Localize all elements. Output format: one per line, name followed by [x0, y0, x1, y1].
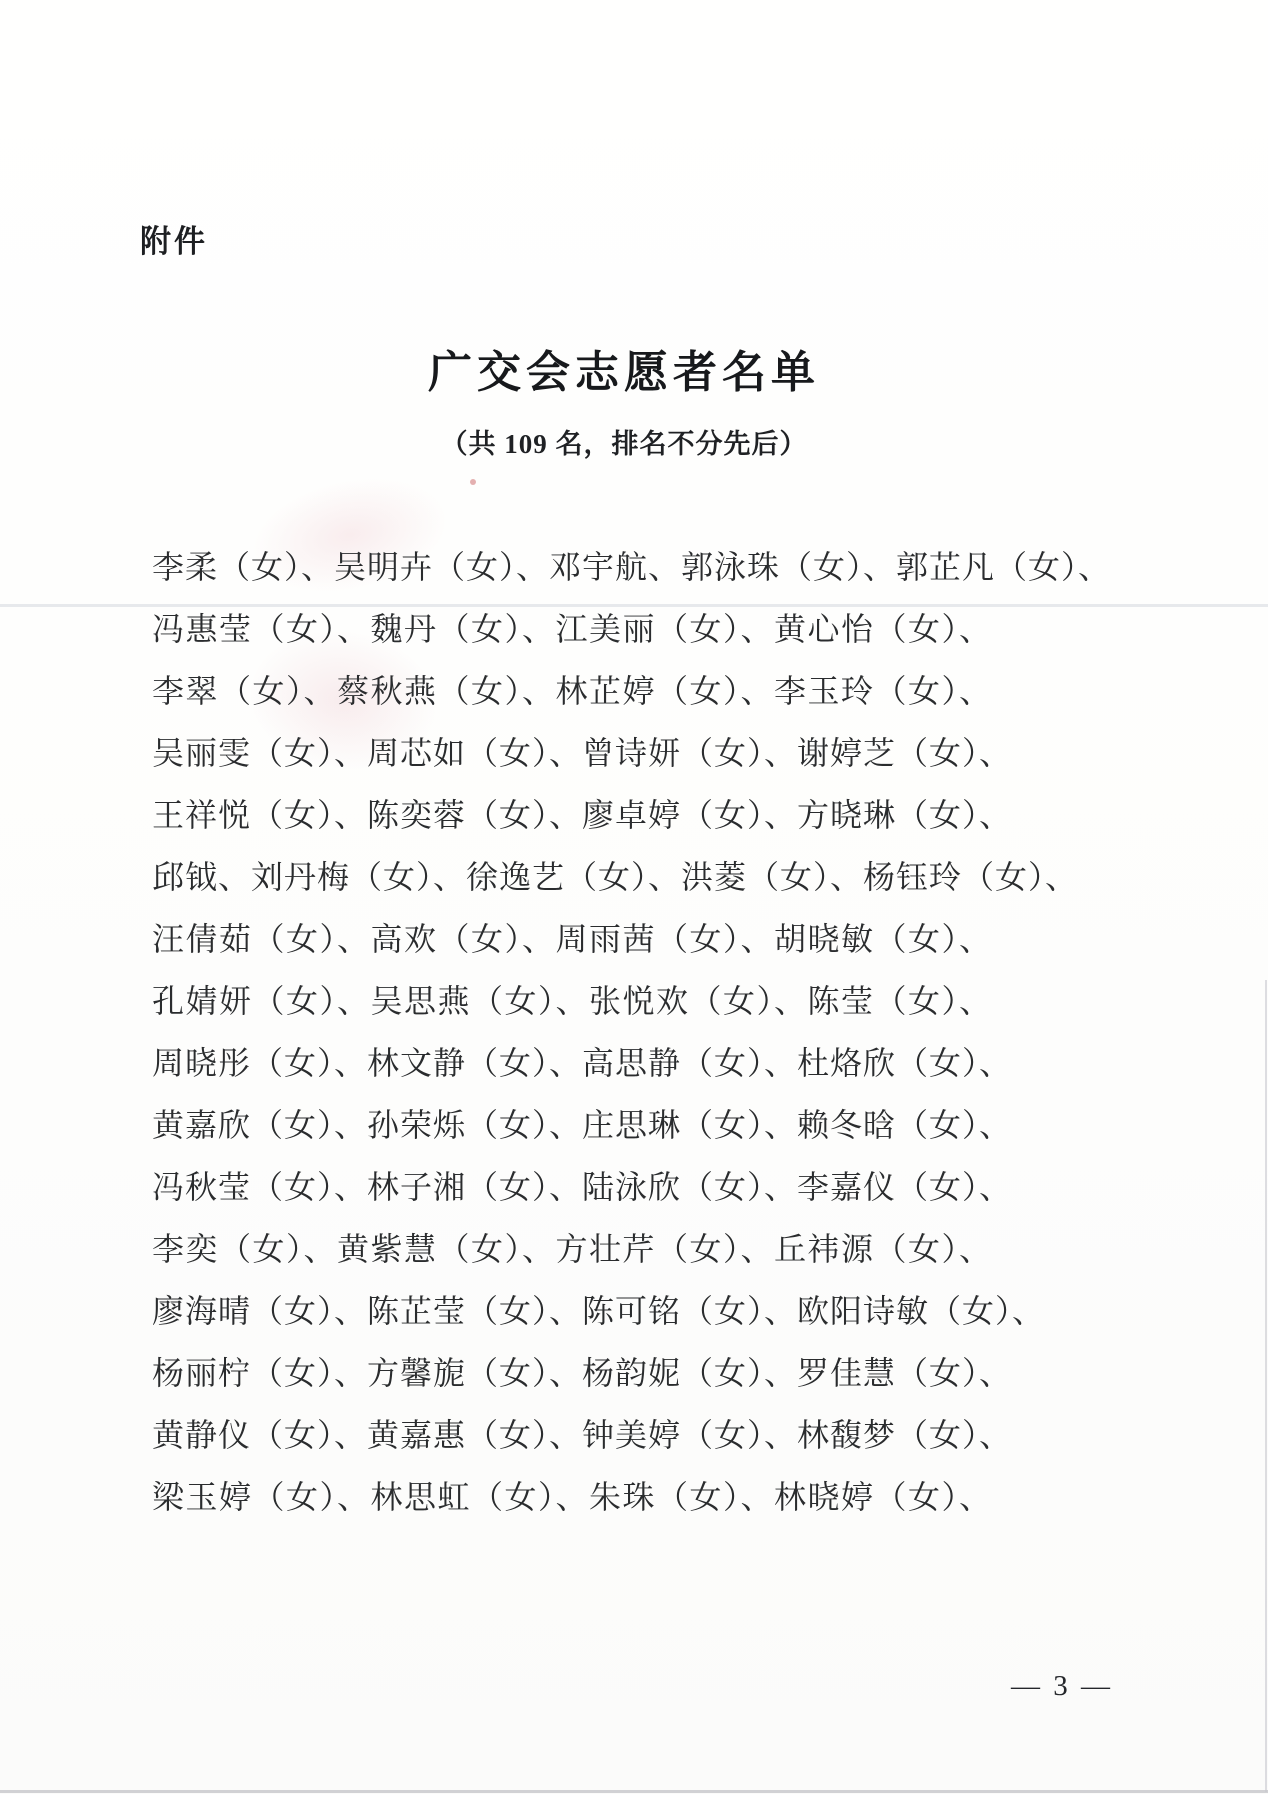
attachment-label: 附件	[140, 216, 208, 261]
name-list-line: 汪倩茹（女）、高欢（女）、周雨茜（女）、胡晓敏（女）、	[152, 921, 992, 957]
scan-edge-bottom	[0, 1790, 1268, 1793]
red-ink-speck	[470, 479, 476, 485]
scanned-document-page: 附件 广交会志愿者名单 （共 109 名，排名不分先后） 李柔（女）、吴明卉（女…	[0, 0, 1268, 1794]
name-list-line: 冯惠莹（女）、魏丹（女）、江美丽（女）、黄心怡（女）、	[152, 611, 992, 647]
title-block: 广交会志愿者名单 （共 109 名，排名不分先后）	[0, 336, 1248, 461]
name-list-line: 廖海晴（女）、陈芷莹（女）、陈可铭（女）、欧阳诗敏（女）、	[152, 1293, 992, 1329]
name-list-line: 梁玉婷（女）、林思虹（女）、朱珠（女）、林晓婷（女）、	[152, 1479, 992, 1515]
page-subtitle: （共 109 名，排名不分先后）	[0, 422, 1248, 461]
name-list-line: 周晓彤（女）、林文静（女）、高思静（女）、杜烙欣（女）、	[152, 1045, 992, 1081]
name-list-line: 黄静仪（女）、黄嘉惠（女）、钟美婷（女）、林馥梦（女）、	[152, 1417, 992, 1453]
name-list-line: 李柔（女）、吴明卉（女）、邓宇航、郭泳珠（女）、郭芷凡（女）、	[152, 549, 992, 585]
volunteer-name-list: 李柔（女）、吴明卉（女）、邓宇航、郭泳珠（女）、郭芷凡（女）、 冯惠莹（女）、魏…	[152, 549, 992, 1541]
name-list-line: 黄嘉欣（女）、孙荣烁（女）、庄思琳（女）、赖冬晗（女）、	[152, 1107, 992, 1143]
name-list-line: 王祥悦（女）、陈奕蓉（女）、廖卓婷（女）、方晓琳（女）、	[152, 797, 992, 833]
page-number: — 3 —	[1011, 1670, 1113, 1703]
name-list-line: 孔婧妍（女）、吴思燕（女）、张悦欢（女）、陈莹（女）、	[152, 983, 992, 1019]
scan-edge-right	[1265, 980, 1267, 1792]
name-list-line: 邱钺、刘丹梅（女）、徐逸艺（女）、洪菱（女）、杨钰玲（女）、	[152, 859, 992, 895]
name-list-line: 李翠（女）、蔡秋燕（女）、林芷婷（女）、李玉玲（女）、	[152, 673, 992, 709]
name-list-line: 李奕（女）、黄紫慧（女）、方壮芹（女）、丘祎源（女）、	[152, 1231, 992, 1267]
name-list-line: 冯秋莹（女）、林子湘（女）、陆泳欣（女）、李嘉仪（女）、	[152, 1169, 992, 1205]
name-list-line: 吴丽雯（女）、周芯如（女）、曾诗妍（女）、谢婷芝（女）、	[152, 735, 992, 771]
page-title: 广交会志愿者名单	[0, 336, 1248, 400]
name-list-line: 杨丽柠（女）、方馨旎（女）、杨韵妮（女）、罗佳慧（女）、	[152, 1355, 992, 1391]
